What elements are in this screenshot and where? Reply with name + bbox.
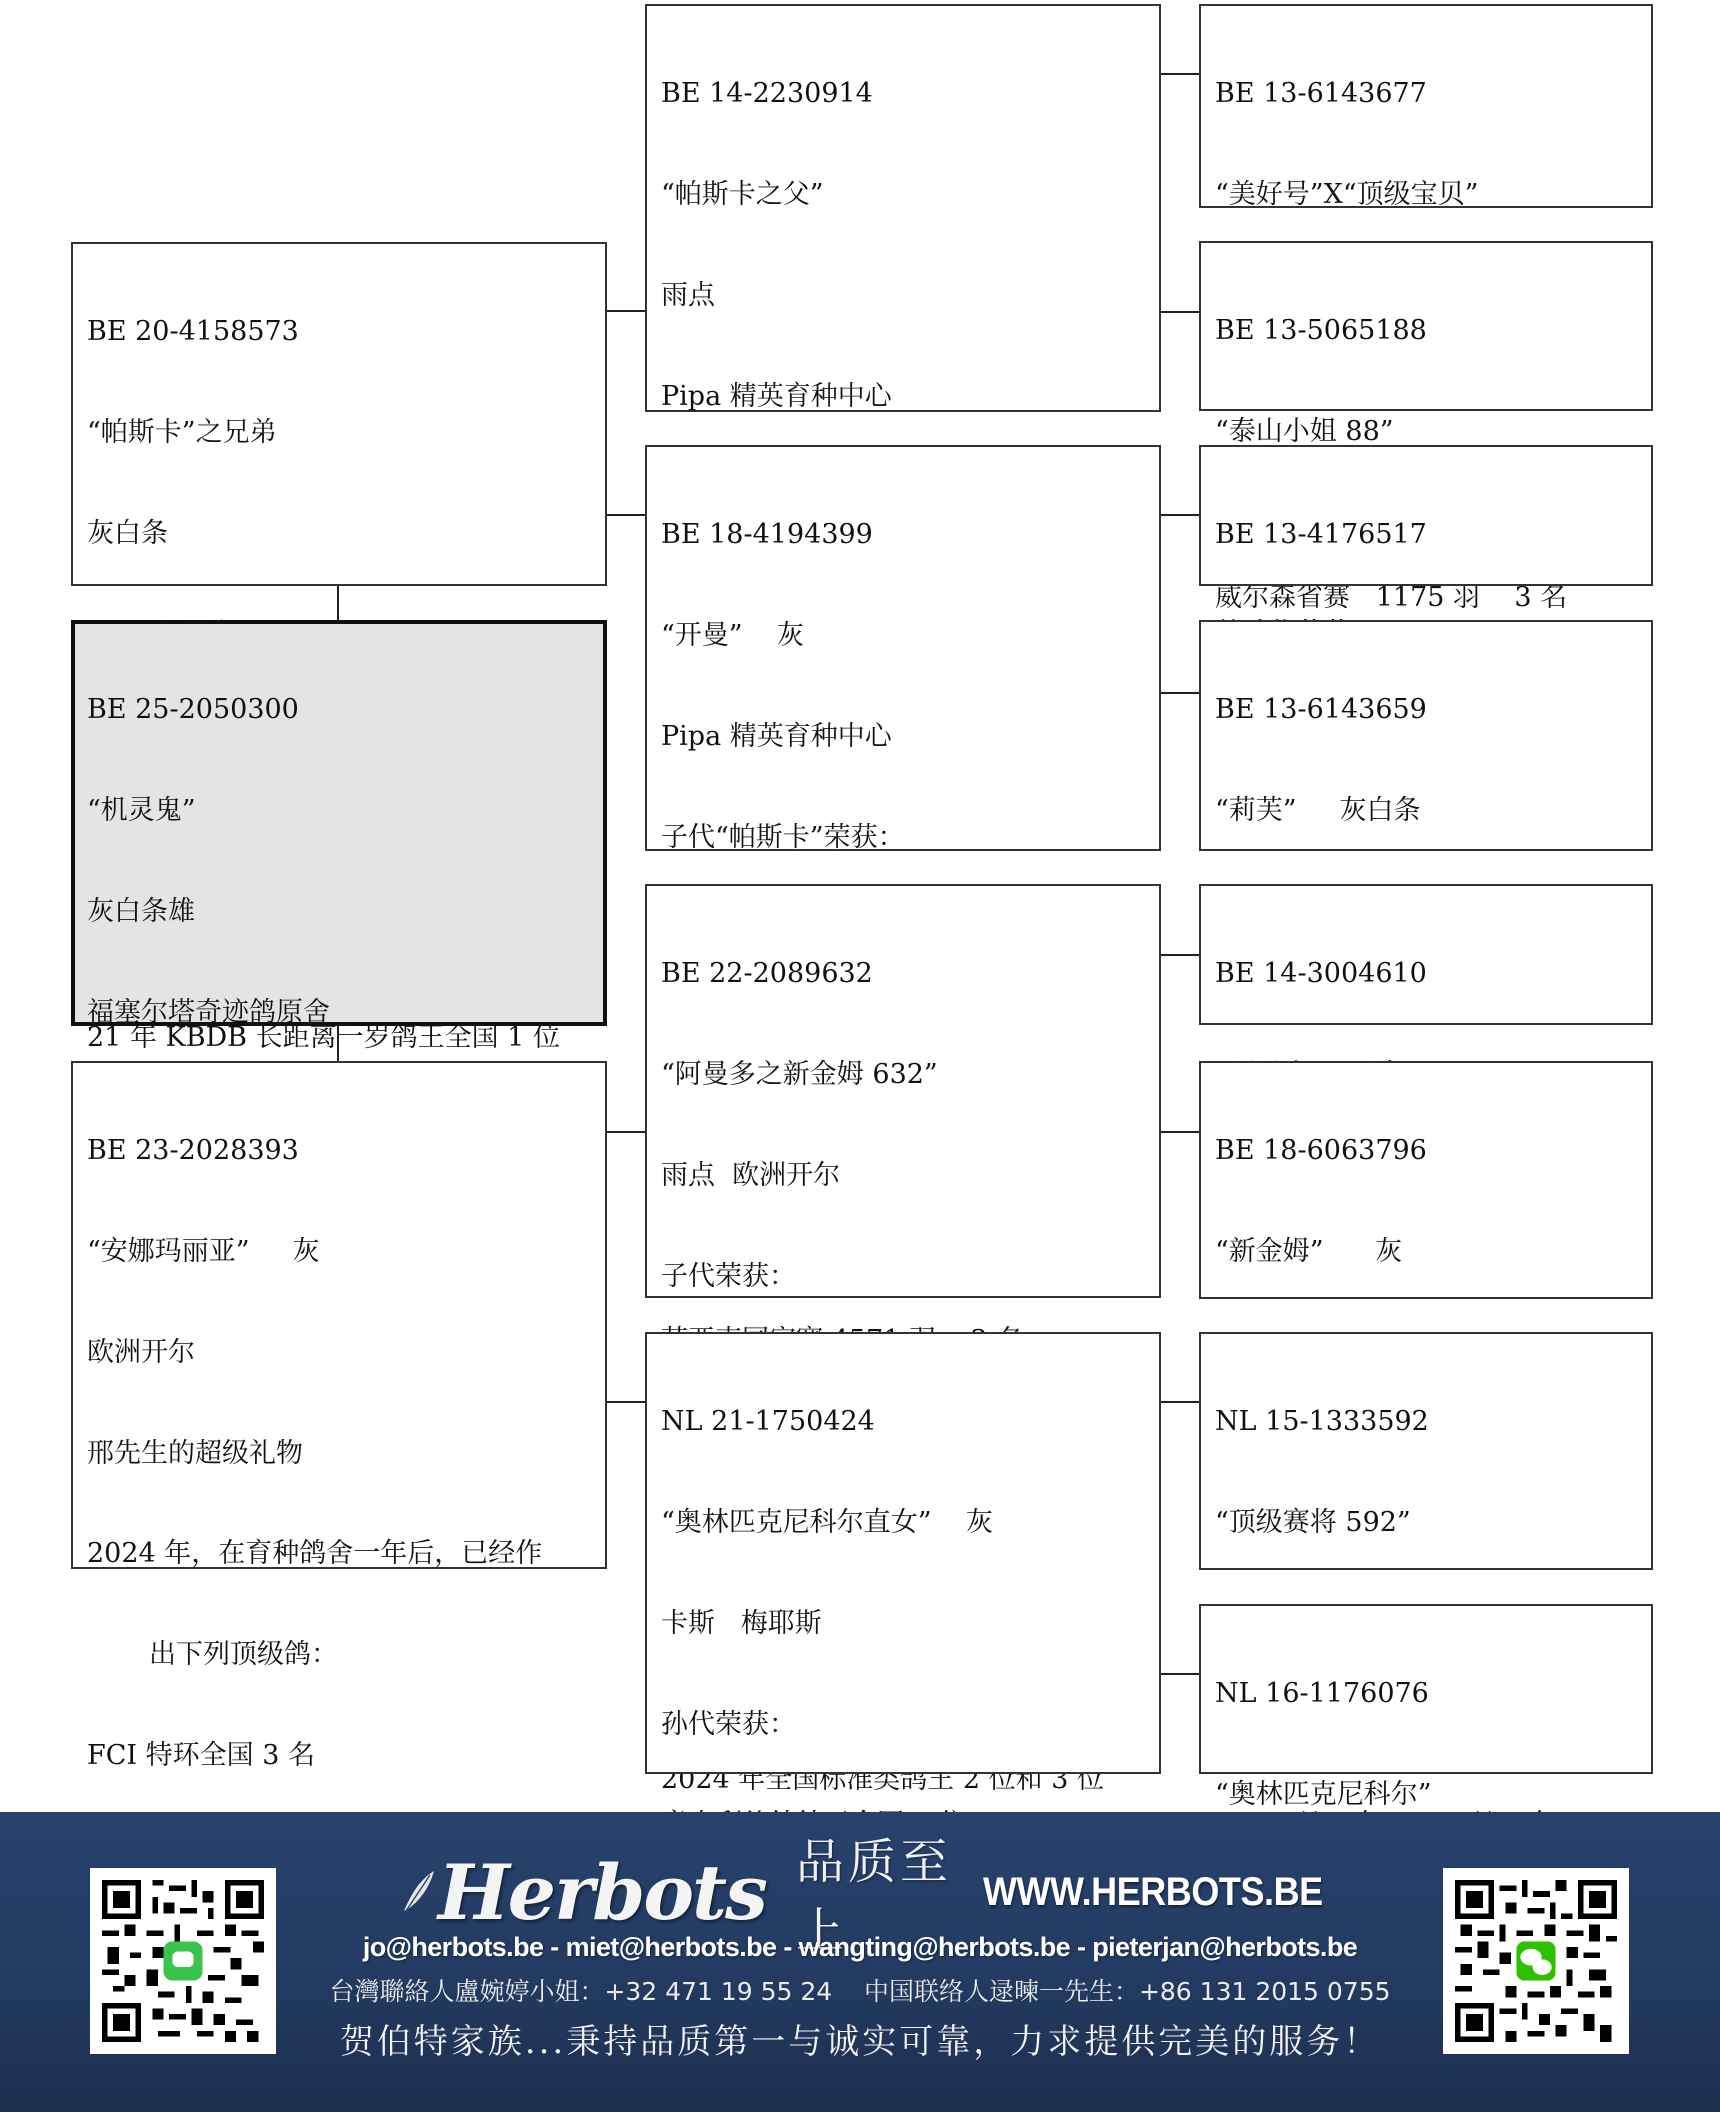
contact-china: 中国联络人逯暕一先生：+86 131 2015 0755 — [864, 1977, 1391, 2006]
wechat-qr-code[interactable] — [1443, 1868, 1629, 2054]
connector-sire-to-ss — [605, 310, 647, 312]
pedigree-card-gg-2: BE 13-5065188 “泰山小姐 88” Pipa 精英育种中心 曾孙代荣… — [1199, 241, 1653, 411]
ring-number: BE 23-2028393 — [87, 1134, 591, 1168]
pedigree-card-sire-sire: BE 14-2230914 “帕斯卡之父” 雨点 Pipa 精英育种中心 威尔森… — [645, 4, 1161, 412]
email-list[interactable]: jo@herbots.be - miet@herbots.be - wangti… — [290, 1932, 1430, 1963]
connector-sd-to-gg3 — [1159, 514, 1201, 516]
breeder: Pipa 精英育种中心 — [661, 380, 1145, 414]
pigeon-name: “美好号”X“顶级宝贝” — [1215, 178, 1637, 212]
brand-row: Herbots 品质至上 WWW.HERBOTS.BE — [400, 1852, 1360, 1932]
info-line: 出下列顶级鸽： — [87, 1638, 591, 1672]
contact-phones: 台灣聯絡人盧婉婷小姐：+32 471 19 55 24 中国联络人逯暕一先生：+… — [290, 1972, 1430, 2008]
ring-number: NL 16-1176076 — [1215, 1677, 1637, 1711]
pigeon-color: 雨点 — [661, 279, 1145, 313]
breeder: 雨点 欧洲开尔 — [661, 1159, 1145, 1193]
pedigree-card-sire: BE 20-4158573 “帕斯卡”之兄弟 灰白条 Pipa 精英育种中心 5… — [71, 242, 607, 586]
connector-sire-to-sd — [605, 514, 647, 516]
pigeon-name: “帕斯卡”之兄弟 — [87, 416, 591, 450]
ring-number: BE 20-4158573 — [87, 315, 591, 349]
pedigree-card-sire-dam: BE 18-4194399 “开曼” 灰 Pipa 精英育种中心 子代“帕斯卡”… — [645, 445, 1161, 851]
ring-number: BE 13-6143677 — [1215, 77, 1637, 111]
ring-number: BE 14-3004610 — [1215, 957, 1637, 991]
ring-number: BE 25-2050300 — [87, 693, 591, 727]
pigeon-name: “莉芙” 灰白条 — [1215, 794, 1637, 828]
connector-ss-to-gg1 — [1159, 73, 1201, 75]
breeder: 福塞尔塔奇迹鸽原舍 — [87, 996, 591, 1030]
ring-number: BE 13-5065188 — [1215, 314, 1637, 348]
breeder: Pipa 精英育种中心 — [661, 720, 1145, 754]
info-line: 2024 年，在育种鸽舍一年后，已经作 — [87, 1537, 591, 1571]
pedigree-card-gg-1: BE 13-6143677 “美好号”X“顶级宝贝” Pipa 精英育种中心 吉… — [1199, 4, 1653, 208]
breeder: 卡斯 梅耶斯 — [661, 1607, 1145, 1641]
ring-number: NL 21-1750424 — [661, 1405, 1145, 1439]
connector-dd-to-gg8 — [1159, 1673, 1201, 1675]
feather-icon — [400, 1867, 436, 1917]
brand-name: Herbots — [438, 1848, 766, 1937]
motto: 贺伯特家族...秉持品质第一与诚实可靠，力求提供完美的服务！ — [290, 2014, 1430, 2063]
breeder: 欧洲开尔 — [87, 1336, 591, 1370]
pedigree-card-dam-dam: NL 21-1750424 “奥林匹克尼科尔直女” 灰 卡斯 梅耶斯 孙代荣获：… — [645, 1332, 1161, 1774]
pedigree-card-gg-3: BE 13-4176517 “古怪福雷迪” 灰 Pipa 精英育种中心 “黄金配… — [1199, 445, 1653, 586]
contact-taiwan: 台灣聯絡人盧婉婷小姐：+32 471 19 55 24 — [329, 1977, 832, 2006]
info-line: 子代荣获： — [661, 1260, 1145, 1294]
website-link[interactable]: WWW.HERBOTS.BE — [983, 1870, 1323, 1915]
ring-number: BE 22-2089632 — [661, 957, 1145, 991]
connector-sd-to-gg4 — [1159, 692, 1201, 694]
pedigree-card-gg-4: BE 13-6143659 “莉芙” 灰白条 吉林克斯原舍 传奇种鸽 — [1199, 620, 1653, 851]
pigeon-color: 灰白条 — [87, 517, 591, 551]
info-line: 子代“帕斯卡”荣获： — [661, 821, 1145, 855]
pedigree-card-subject: BE 25-2050300 “机灵鬼” 灰白条雄 福塞尔塔奇迹鸽原舍 血系： “… — [71, 620, 607, 1026]
info-line: 邢先生的超级礼物 — [87, 1437, 591, 1471]
connector-ds-to-gg5 — [1159, 954, 1201, 956]
pigeon-name: “奥林匹克尼科尔直女” 灰 — [661, 1506, 1145, 1540]
ring-number: BE 18-6063796 — [1215, 1134, 1637, 1168]
footer-banner: Herbots 品质至上 WWW.HERBOTS.BE jo@herbots.b… — [0, 1812, 1720, 2112]
pigeon-name: “顶级赛将 592” — [1215, 1506, 1637, 1540]
ring-number: BE 13-6143659 — [1215, 693, 1637, 727]
herbots-logo: Herbots — [400, 1848, 766, 1937]
pigeon-name: “新金姆” 灰 — [1215, 1235, 1637, 1269]
connector-ds-to-gg6 — [1159, 1131, 1201, 1133]
pigeon-name: “泰山小姐 88” — [1215, 415, 1637, 449]
pigeon-name: “开曼” 灰 — [661, 619, 1145, 653]
pigeon-name: “阿曼多之新金姆 632” — [661, 1058, 1145, 1092]
pedigree-card-gg-7: NL 15-1333592 “顶级赛将 592” 卡斯 梅耶斯 1752 羽 2… — [1199, 1332, 1653, 1570]
connector-ss-to-gg2 — [1159, 311, 1201, 313]
info-line: 孙代荣获： — [661, 1708, 1145, 1742]
pedigree-card-dam: BE 23-2028393 “安娜玛丽亚” 灰 欧洲开尔 邢先生的超级礼物 20… — [71, 1061, 607, 1569]
pigeon-name: “机灵鬼” — [87, 794, 591, 828]
pigeon-name: “奥林匹克尼科尔” — [1215, 1778, 1637, 1812]
pigeon-color: 灰白条雄 — [87, 895, 591, 929]
connector-dam-to-dd — [605, 1401, 647, 1403]
pedigree-card-dam-sire: BE 22-2089632 “阿曼多之新金姆 632” 雨点 欧洲开尔 子代荣获… — [645, 884, 1161, 1298]
ring-number: NL 15-1333592 — [1215, 1405, 1637, 1439]
ring-number: BE 18-4194399 — [661, 518, 1145, 552]
line-qr-code[interactable] — [90, 1868, 276, 2054]
connector-dd-to-gg7 — [1159, 1401, 1201, 1403]
pedigree-card-gg-6: BE 18-6063796 “新金姆” 灰 葛斯顿·范德瓦尔 18 年 KBDB… — [1199, 1061, 1653, 1299]
ring-number: BE 13-4176517 — [1215, 518, 1637, 552]
pigeon-name: “帕斯卡之父” — [661, 178, 1145, 212]
pedigree-card-gg-5: BE 14-3004610 “阿曼多” 雨点 18 年 KBDB 长距离鸽王全国… — [1199, 884, 1653, 1025]
result-line: FCI 特环全国 3 名 — [87, 1739, 591, 1773]
connector-dam-to-ds — [605, 1131, 647, 1133]
pigeon-name: “安娜玛丽亚” 灰 — [87, 1235, 591, 1269]
pedigree-card-gg-8: NL 16-1176076 “奥林匹克尼科尔” 卡斯 梅耶斯 2019 年波兹南… — [1199, 1604, 1653, 1774]
ring-number: BE 14-2230914 — [661, 77, 1145, 111]
